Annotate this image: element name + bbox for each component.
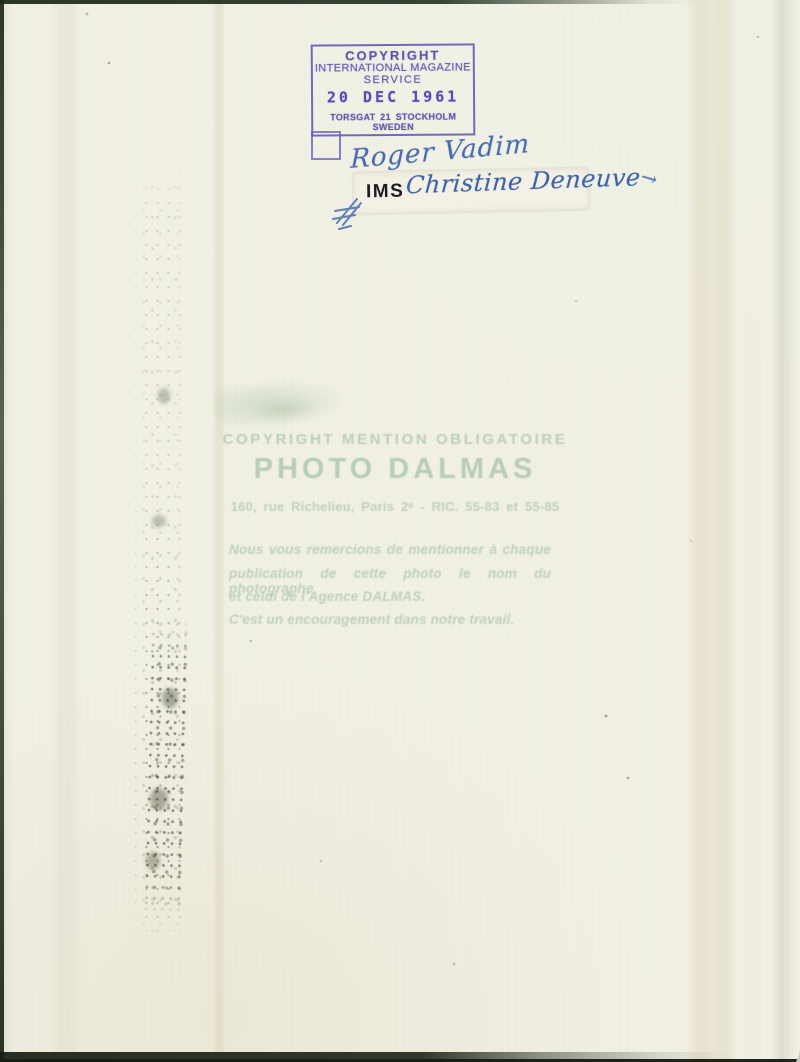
ims-label-text: IMS bbox=[366, 181, 405, 204]
dalmas-message-line4: C'est un encouragement dans notre travai… bbox=[229, 612, 551, 627]
photo-back-scan: COPYRIGHT INTERNATIONAL MAGAZINE SERVICE… bbox=[0, 0, 800, 1062]
ims-copyright-stamp: COPYRIGHT INTERNATIONAL MAGAZINE SERVICE… bbox=[311, 43, 476, 136]
handwritten-name-text: Christine Deneuve bbox=[405, 163, 642, 199]
rounded-photo-corner bbox=[760, 1044, 800, 1062]
stain-blob bbox=[146, 852, 160, 870]
stamp-address: TORSGAT 21 STOCKHOLM SWEDEN bbox=[313, 111, 473, 132]
dalmas-copyright-notice: COPYRIGHT MENTION OBLIGATOIRE bbox=[210, 431, 580, 448]
scan-edge-top bbox=[0, 0, 800, 4]
dalmas-message-line1: Nous vous remercions de mentionner à cha… bbox=[229, 542, 551, 557]
stain-blob bbox=[150, 788, 168, 810]
stamp-date: 20 DEC 1961 bbox=[313, 87, 473, 106]
stain-blob bbox=[162, 688, 178, 708]
stamp-org-line1: INTERNATIONAL MAGAZINE bbox=[313, 61, 473, 74]
left-stain-dark-core bbox=[142, 618, 192, 921]
stamp-empty-square bbox=[311, 131, 341, 160]
stamp-org-line2: SERVICE bbox=[313, 73, 473, 86]
scan-edge-left bbox=[0, 0, 4, 1062]
scan-edge-bottom bbox=[0, 1052, 800, 1062]
handwritten-name-christine-deneuve: Christine Deneuve→ bbox=[405, 163, 659, 200]
pen-scribble bbox=[331, 193, 365, 231]
stain-blob bbox=[152, 515, 166, 527]
dalmas-agency-name: PHOTO DALMAS bbox=[210, 453, 580, 486]
stain-blob bbox=[158, 388, 170, 404]
dalmas-message-line3: et celui de l'Agence DALMAS. bbox=[229, 589, 551, 604]
dalmas-address: 160, rue Richelieu, Paris 2ᵉ - RIC. 55-8… bbox=[205, 499, 585, 514]
